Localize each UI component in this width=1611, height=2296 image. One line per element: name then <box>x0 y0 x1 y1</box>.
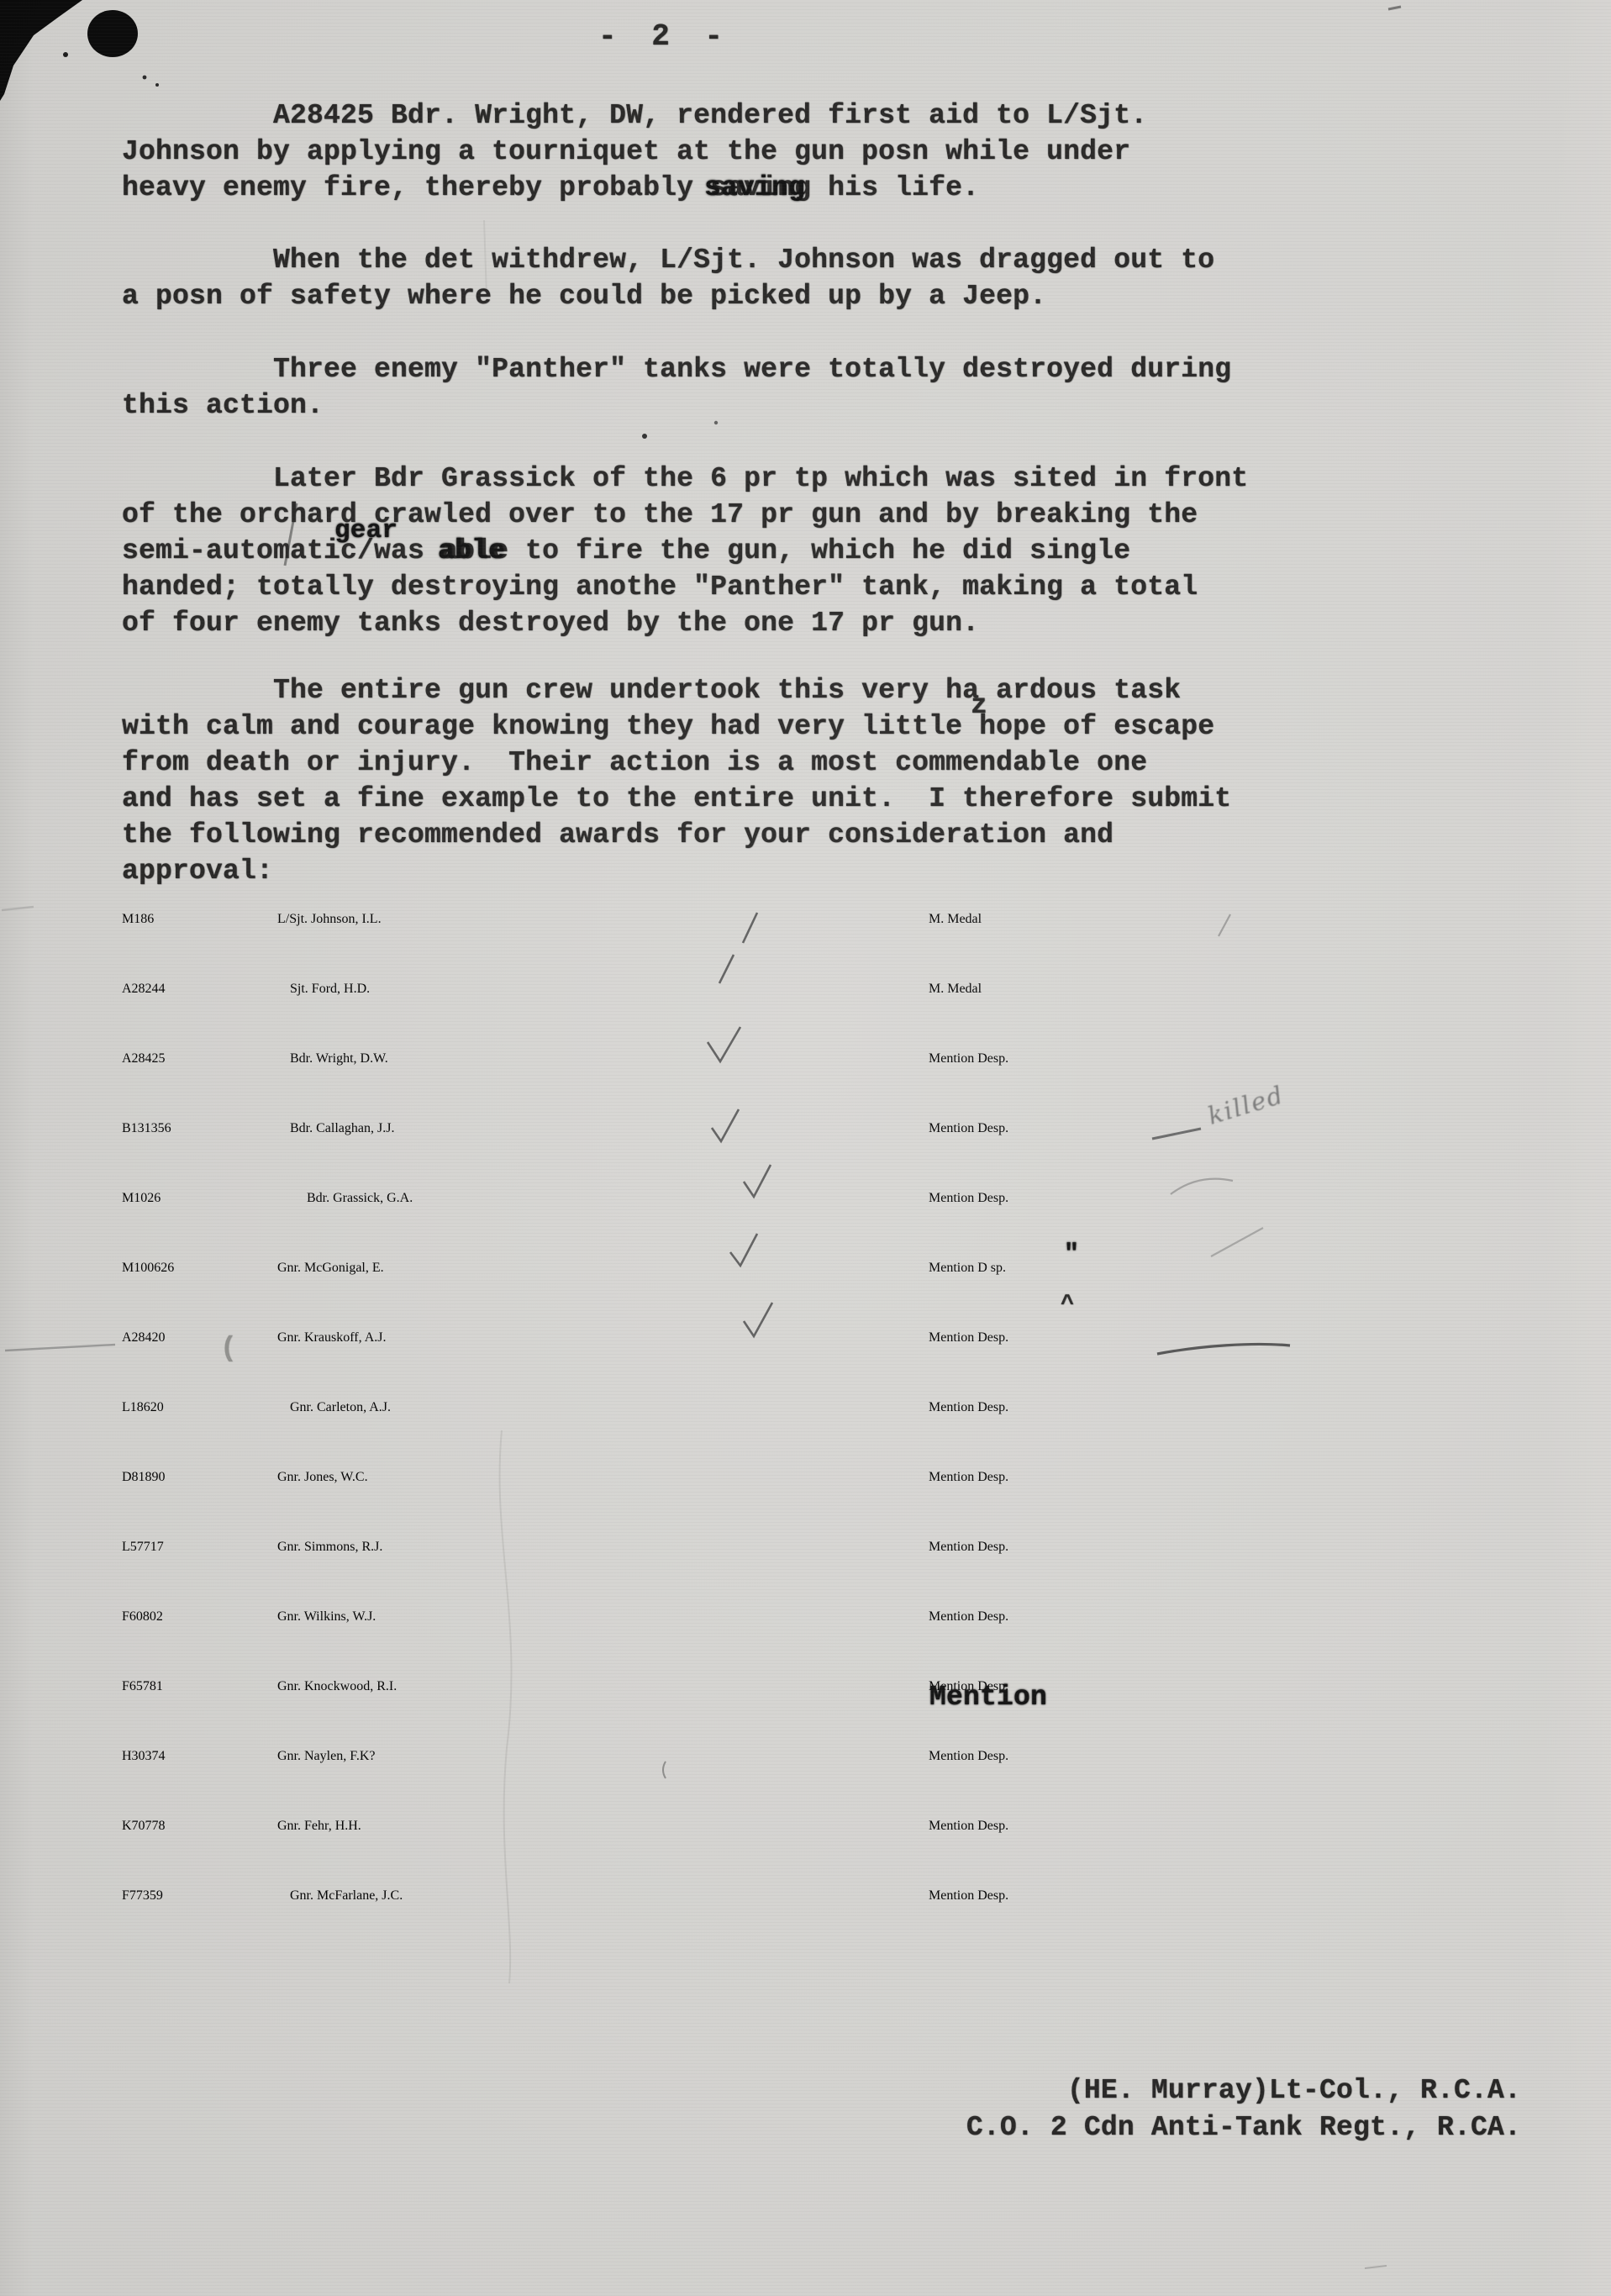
scanned-document-page: - 2 - A28425 Bdr. Wright, DW, rendered f… <box>0 0 1611 2296</box>
service-number: A28420 <box>122 1330 166 1345</box>
insertion-mark-mcgonigal: " <box>1064 1237 1079 1273</box>
service-number: M1026 <box>122 1191 161 1206</box>
ghost-paren-krauskoff: ( <box>220 1330 237 1367</box>
rank-name: Gnr. McFarlane, J.C. <box>290 1888 403 1904</box>
typed-insertion-gear: gear <box>334 513 397 549</box>
award-row: F65781Gnr. Knockwood, R.I.Mention Desp. <box>122 1679 1567 1718</box>
service-number: K70778 <box>122 1819 166 1834</box>
checkmark-ford <box>719 955 734 983</box>
award: Mention Desp. <box>929 1609 1008 1625</box>
award-row: F77359Gnr. McFarlane, J.C.Mention Desp. <box>122 1888 1567 1927</box>
rank-name: Gnr. Simmons, R.J. <box>277 1540 382 1555</box>
paragraph-recommendation: The entire gun crew undertook this very … <box>122 672 1231 889</box>
speck <box>642 434 647 439</box>
speck <box>63 52 68 57</box>
rank-name: Bdr. Grassick, G.A. <box>307 1191 413 1206</box>
award-row: D81890Gnr. Jones, W.C.Mention Desp. <box>122 1470 1567 1509</box>
signature-name-line: (HE. Murray)Lt-Col., R.C.A. <box>1067 2072 1521 2109</box>
award-row: A28420Gnr. Krauskoff, A.J.Mention Desp. <box>122 1330 1567 1369</box>
rank-name: Gnr. Carleton, A.J. <box>290 1400 391 1415</box>
service-number: L18620 <box>122 1400 164 1415</box>
award-row: F60802Gnr. Wilkins, W.J.Mention Desp. <box>122 1609 1567 1648</box>
rank-name: Gnr. Naylen, F.K? <box>277 1749 375 1764</box>
award: Mention Desp. <box>929 1888 1008 1904</box>
overstruck-mention-knockwood: Mention <box>929 1679 1047 1715</box>
service-number: B131356 <box>122 1121 171 1136</box>
award-row: M186L/Sjt. Johnson, I.L.M. Medal <box>122 912 1567 951</box>
paragraph-grassick: Later Bdr Grassick of the 6 pr tp which … <box>122 461 1248 641</box>
page-number: - 2 - <box>598 18 731 55</box>
rank-name: Gnr. McGonigal, E. <box>277 1261 384 1276</box>
rank-name: L/Sjt. Johnson, I.L. <box>277 912 382 927</box>
award-row: B131356Bdr. Callaghan, J.J.Mention Desp. <box>122 1121 1567 1160</box>
award-row: L57717Gnr. Simmons, R.J.Mention Desp. <box>122 1540 1567 1578</box>
award: Mention Desp. <box>929 1051 1008 1066</box>
service-number: H30374 <box>122 1749 166 1764</box>
rank-name: Bdr. Wright, D.W. <box>290 1051 388 1066</box>
award-row: L18620Gnr. Carleton, A.J.Mention Desp. <box>122 1400 1567 1439</box>
overstruck-saving: saving <box>704 170 805 206</box>
punch-hole-dot <box>87 10 138 57</box>
service-number: D81890 <box>122 1470 166 1485</box>
paragraph-panther-tanks: Three enemy "Panther" tanks were totally… <box>122 351 1231 424</box>
torn-corner-blot <box>0 0 82 101</box>
award: Mention Desp. <box>929 1121 1008 1136</box>
award: Mention Desp. <box>929 1191 1008 1206</box>
margin-line-krauskoff <box>5 1345 115 1351</box>
rank-name: Sjt. Ford, H.D. <box>290 982 370 997</box>
speck <box>1388 7 1401 9</box>
dropped-letter-z: z <box>971 687 987 724</box>
rank-name: Gnr. Fehr, H.H. <box>277 1819 361 1834</box>
award: Mention Desp. <box>929 1819 1008 1834</box>
award-row: A28244Sjt. Ford, H.D.M. Medal <box>122 982 1567 1020</box>
award: Mention Desp. <box>929 1400 1008 1415</box>
pencil-slash-mcgonigal <box>1211 1228 1263 1256</box>
rank-name: Gnr. Krauskoff, A.J. <box>277 1330 386 1345</box>
award-row: M1026Bdr. Grassick, G.A.Mention Desp. <box>122 1191 1567 1230</box>
service-number: F60802 <box>122 1609 163 1625</box>
award-row: H30374Gnr. Naylen, F.K?Mention Desp. <box>122 1749 1567 1788</box>
speck <box>143 76 147 80</box>
margin-dash-johnson <box>2 907 34 910</box>
caret-mcgonigal: ^ <box>1061 1288 1074 1324</box>
service-number: F65781 <box>122 1679 163 1694</box>
award: Mention D sp. <box>929 1261 1006 1276</box>
rank-name: Bdr. Callaghan, J.J. <box>290 1121 394 1136</box>
award: M. Medal <box>929 912 982 927</box>
award: Mention Desp. <box>929 1749 1008 1764</box>
service-number: A28244 <box>122 982 166 997</box>
service-number: M186 <box>122 912 154 927</box>
rank-name: Gnr. Knockwood, R.I. <box>277 1679 397 1694</box>
award: Mention Desp. <box>929 1540 1008 1555</box>
award: Mention Desp. <box>929 1470 1008 1485</box>
award: M. Medal <box>929 982 982 997</box>
award-row: M100626Gnr. McGonigal, E.Mention D sp. <box>122 1261 1567 1299</box>
rank-name: Gnr. Wilkins, W.J. <box>277 1609 376 1625</box>
speck <box>155 83 159 87</box>
signature-title-line: C.O. 2 Cdn Anti-Tank Regt., R.CA. <box>966 2109 1521 2146</box>
rank-name: Gnr. Jones, W.C. <box>277 1470 368 1485</box>
overstruck-able: able <box>438 533 505 569</box>
service-number: M100626 <box>122 1261 174 1276</box>
service-number: F77359 <box>122 1888 163 1904</box>
award-row: A28425Bdr. Wright, D.W.Mention Desp. <box>122 1051 1567 1090</box>
paragraph-first-aid: A28425 Bdr. Wright, DW, rendered first a… <box>122 97 1147 206</box>
service-number: A28425 <box>122 1051 166 1066</box>
award: Mention Desp. <box>929 1330 1008 1345</box>
paragraph-withdrawal: When the det withdrew, L/Sjt. Johnson wa… <box>122 242 1214 314</box>
speck <box>1365 2266 1387 2268</box>
award-row: K70778Gnr. Fehr, H.H.Mention Desp. <box>122 1819 1567 1857</box>
service-number: L57717 <box>122 1540 164 1555</box>
